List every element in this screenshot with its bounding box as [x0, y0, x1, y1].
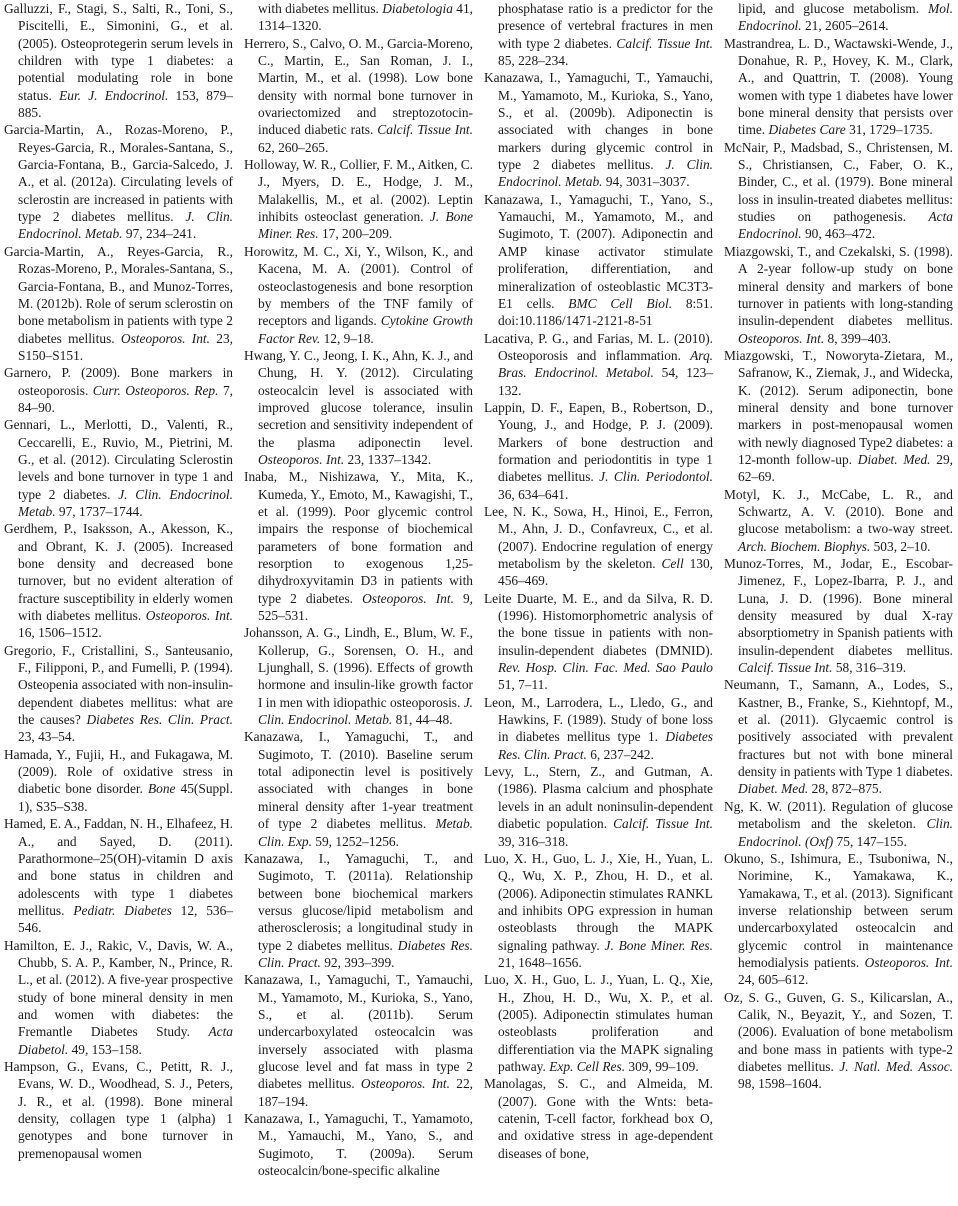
reference-entry: Gennari, L., Merlotti, D., Valenti, R., …	[4, 416, 233, 520]
volume-pages: 94, 3031–3037.	[603, 174, 690, 189]
volume-pages: 6, 237–242.	[587, 747, 654, 762]
reference-entry: Miazgowski, T., Noworyta-Zietara, M., Sa…	[724, 347, 953, 486]
volume-pages: 36, 634–641.	[498, 487, 568, 502]
column-4: lipid, and glucose metabolism. Mol. Endo…	[724, 0, 953, 1206]
volume-pages: 51, 7–11.	[498, 677, 548, 692]
journal-name: Osteoporos. Int.	[738, 331, 824, 346]
reference-entry: Kanazawa, I., Yamaguchi, T., Yamamoto, M…	[244, 1110, 473, 1179]
reference-text: Miazgowski, T., and Czekalski, S. (1998)…	[724, 244, 953, 328]
volume-pages: 90, 463–472.	[802, 226, 876, 241]
volume-pages: 62, 260–265.	[258, 140, 328, 155]
volume-pages: 59, 1252–1256.	[312, 834, 399, 849]
reference-text: Neumann, T., Samann, A., Lodes, S., Kast…	[724, 677, 953, 779]
reference-text: Kanazawa, I., Yamaguchi, T., Yamauchi, M…	[244, 972, 473, 1091]
reference-entry: Gerdhem, P., Isaksson, A., Akesson, K., …	[4, 520, 233, 641]
volume-pages: 23, 43–54.	[18, 729, 75, 744]
reference-entry: Hampson, G., Evans, C., Petitt, R. J., E…	[4, 1058, 233, 1162]
volume-pages: 21, 2605–2614.	[802, 18, 889, 33]
column-2: with diabetes mellitus. Diabetologia 41,…	[244, 0, 473, 1206]
volume-pages: 503, 2–10.	[870, 539, 930, 554]
volume-pages: 58, 316–319.	[833, 660, 907, 675]
reference-text: Leite Duarte, M. E., and da Silva, R. D.…	[484, 591, 713, 658]
reference-entry: Hamed, E. A., Faddan, N. H., Elhafeez, H…	[4, 815, 233, 936]
reference-text: Okuno, S., Ishimura, E., Tsuboniwa, N., …	[724, 851, 953, 970]
reference-entry: Inaba, M., Nishizawa, Y., Mita, K., Kume…	[244, 468, 473, 624]
reference-entry: Mastrandrea, L. D., Wactawski-Wende, J.,…	[724, 35, 953, 139]
reference-text: lipid, and glucose metabolism.	[738, 1, 928, 16]
reference-entry: Gregorio, F., Cristallini, S., Santeusan…	[4, 642, 233, 746]
journal-name: Osteoporos. Int.	[146, 608, 233, 623]
reference-entry: Kanazawa, I., Yamaguchi, T., Yamauchi, M…	[484, 69, 713, 190]
reference-entry: Kanazawa, I., Yamaguchi, T., Yamauchi, M…	[244, 971, 473, 1110]
journal-name: Exp. Cell Res.	[549, 1059, 625, 1074]
volume-pages: 97, 234–241.	[123, 226, 197, 241]
volume-pages: 21, 1648–1656.	[498, 955, 582, 970]
journal-name: Bone	[148, 781, 176, 796]
journal-name: Osteoporos. Int.	[362, 591, 454, 606]
reference-text: Manolagas, S. C., and Almeida, M. (2007)…	[484, 1076, 713, 1160]
reference-text: Kanazawa, I., Yamaguchi, T., Yano, S., Y…	[484, 192, 713, 311]
journal-name: Calcif. Tissue Int.	[613, 816, 713, 831]
journal-name: Diabetes Care	[769, 122, 846, 137]
journal-name: Calcif. Tissue Int.	[377, 122, 473, 137]
reference-entry: Hamilton, E. J., Rakic, V., Davis, W. A.…	[4, 937, 233, 1058]
reference-entry: Johansson, A. G., Lindh, E., Blum, W. F.…	[244, 624, 473, 728]
journal-name: Pediatr. Diabetes	[73, 903, 171, 918]
reference-entry: Lappin, D. F., Eapen, B., Robertson, D.,…	[484, 399, 713, 503]
reference-entry: Oz, S. G., Guven, G. S., Kilicarslan, A.…	[724, 989, 953, 1093]
reference-text: Miazgowski, T., Noworyta-Zietara, M., Sa…	[724, 348, 953, 467]
reference-text: Lacativa, P. G., and Farias, M. L. (2010…	[484, 331, 713, 363]
volume-pages: 85, 228–234.	[498, 53, 568, 68]
journal-name: Osteoporos. Int.	[121, 331, 210, 346]
volume-pages: 309, 99–109.	[625, 1059, 699, 1074]
reference-entry: with diabetes mellitus. Diabetologia 41,…	[244, 0, 473, 35]
reference-entry: Garcia-Martin, A., Rozas-Moreno, P., Rey…	[4, 121, 233, 242]
reference-entry: Horowitz, M. C., Xi, Y., Wilson, K., and…	[244, 243, 473, 347]
reference-entry: phosphatase ratio is a predictor for the…	[484, 0, 713, 69]
reference-entry: Leon, M., Larrodera, L., Lledo, G., and …	[484, 694, 713, 763]
reference-entry: Miazgowski, T., and Czekalski, S. (1998)…	[724, 243, 953, 347]
reference-entry: Lee, N. K., Sowa, H., Hinoi, E., Ferron,…	[484, 503, 713, 590]
reference-text: Hwang, Y. C., Jeong, I. K., Ahn, K. J., …	[244, 348, 473, 450]
reference-entry: Neumann, T., Samann, A., Lodes, S., Kast…	[724, 676, 953, 797]
reference-entry: Okuno, S., Ishimura, E., Tsuboniwa, N., …	[724, 850, 953, 989]
journal-name: Osteoporos. Int.	[258, 452, 344, 467]
journal-name: Diabetes Res. Clin. Pract.	[86, 712, 233, 727]
volume-pages: 23, 1337–1342.	[344, 452, 431, 467]
volume-pages: 81, 44–48.	[392, 712, 452, 727]
reference-entry: Luo, X. H., Guo, L. J., Xie, H., Yuan, L…	[484, 850, 713, 971]
volume-pages: 24, 605–612.	[738, 972, 808, 987]
reference-entry: Kanazawa, I., Yamaguchi, T., and Sugimot…	[244, 728, 473, 849]
reference-text: Motyl, K. J., McCabe, L. R., and Schwart…	[724, 487, 953, 537]
reference-text: McNair, P., Madsbad, S., Christensen, M.…	[724, 140, 953, 224]
volume-pages: 8, 399–403.	[824, 331, 891, 346]
reference-entry: Kanazawa, I., Yamaguchi, T., Yano, S., Y…	[484, 191, 713, 330]
volume-pages: 98, 1598–1604.	[738, 1076, 822, 1091]
reference-entry: Ng, K. W. (2011). Regulation of glucose …	[724, 798, 953, 850]
volume-pages: 49, 153–158.	[68, 1042, 142, 1057]
journal-name: BMC Cell Biol.	[568, 296, 672, 311]
reference-text: Hampson, G., Evans, C., Petitt, R. J., E…	[4, 1059, 233, 1161]
reference-entry: Hamada, Y., Fujii, H., and Fukagawa, M. …	[4, 746, 233, 815]
volume-pages: 12, 9–18.	[320, 331, 374, 346]
journal-name: Osteoporos. Int.	[361, 1076, 450, 1091]
reference-text: with diabetes mellitus.	[258, 1, 382, 16]
volume-pages: 16, 1506–1512.	[18, 625, 102, 640]
volume-pages: 39, 316–318.	[498, 834, 568, 849]
reference-entry: Holloway, W. R., Collier, F. M., Aitken,…	[244, 156, 473, 243]
journal-name: Cell	[661, 556, 683, 571]
journal-name: J. Natl. Med. Assoc.	[839, 1059, 953, 1074]
reference-text: Ng, K. W. (2011). Regulation of glucose …	[724, 799, 953, 831]
journal-name: Diabet. Med.	[858, 452, 931, 467]
reference-entry: Luo, X. H., Guo, L. J., Yuan, L. Q., Xie…	[484, 971, 713, 1075]
journal-name: Calcif. Tissue Int.	[616, 36, 713, 51]
reference-text: Munoz-Torres, M., Jodar, E., Escobar-Jim…	[724, 556, 953, 658]
reference-entry: Garnero, P. (2009). Bone markers in oste…	[4, 364, 233, 416]
reference-entry: Levy, L., Stern, Z., and Gutman, A. (198…	[484, 763, 713, 850]
journal-name: Diabet. Med.	[738, 781, 808, 796]
column-1: Galluzzi, F., Stagi, S., Salti, R., Toni…	[4, 0, 233, 1206]
reference-entry: McNair, P., Madsbad, S., Christensen, M.…	[724, 139, 953, 243]
volume-pages: 97, 1737–1744.	[56, 504, 143, 519]
volume-pages: 75, 147–155.	[833, 834, 907, 849]
reference-columns: Galluzzi, F., Stagi, S., Salti, R., Toni…	[4, 0, 956, 1206]
reference-entry: lipid, and glucose metabolism. Mol. Endo…	[724, 0, 953, 35]
journal-name: Curr. Osteoporos. Rep.	[93, 383, 219, 398]
journal-name: Eur. J. Endocrinol.	[59, 88, 168, 103]
reference-entry: Herrero, S., Calvo, O. M., Garcia-Moreno…	[244, 35, 473, 156]
volume-pages: 28, 872–875.	[808, 781, 882, 796]
reference-entry: Hwang, Y. C., Jeong, I. K., Ahn, K. J., …	[244, 347, 473, 468]
reference-text: Johansson, A. G., Lindh, E., Blum, W. F.…	[244, 625, 473, 709]
reference-entry: Garcia-Martin, A., Reyes-Garcia, R., Roz…	[4, 243, 233, 364]
reference-entry: Motyl, K. J., McCabe, L. R., and Schwart…	[724, 486, 953, 555]
volume-pages: 31, 1729–1735.	[846, 122, 933, 137]
reference-text: Hamilton, E. J., Rakic, V., Davis, W. A.…	[4, 938, 233, 1040]
volume-pages: 92, 393–399.	[321, 955, 395, 970]
reference-entry: Leite Duarte, M. E., and da Silva, R. D.…	[484, 590, 713, 694]
journal-name: Arch. Biochem. Biophys.	[738, 539, 870, 554]
journal-name: Calcif. Tissue Int.	[738, 660, 833, 675]
journal-name: Osteoporos. Int.	[865, 955, 953, 970]
column-3: phosphatase ratio is a predictor for the…	[484, 0, 713, 1206]
reference-text: Kanazawa, I., Yamaguchi, T., Yamamoto, M…	[244, 1111, 473, 1178]
reference-entry: Lacativa, P. G., and Farias, M. L. (2010…	[484, 330, 713, 399]
reference-entry: Manolagas, S. C., and Almeida, M. (2007)…	[484, 1075, 713, 1162]
reference-text: Inaba, M., Nishizawa, Y., Mita, K., Kume…	[244, 469, 473, 605]
journal-name: Diabetologia	[382, 1, 453, 16]
reference-entry: Galluzzi, F., Stagi, S., Salti, R., Toni…	[4, 0, 233, 121]
reference-entry: Munoz-Torres, M., Jodar, E., Escobar-Jim…	[724, 555, 953, 676]
volume-pages: 17, 200–209.	[319, 226, 393, 241]
journal-name: J. Bone Miner. Res.	[605, 938, 713, 953]
journal-name: Rev. Hosp. Clin. Fac. Med. Sao Paulo	[498, 660, 713, 675]
reference-entry: Kanazawa, I., Yamaguchi, T., and Sugimot…	[244, 850, 473, 971]
journal-name: J. Clin. Periodontol.	[599, 469, 713, 484]
